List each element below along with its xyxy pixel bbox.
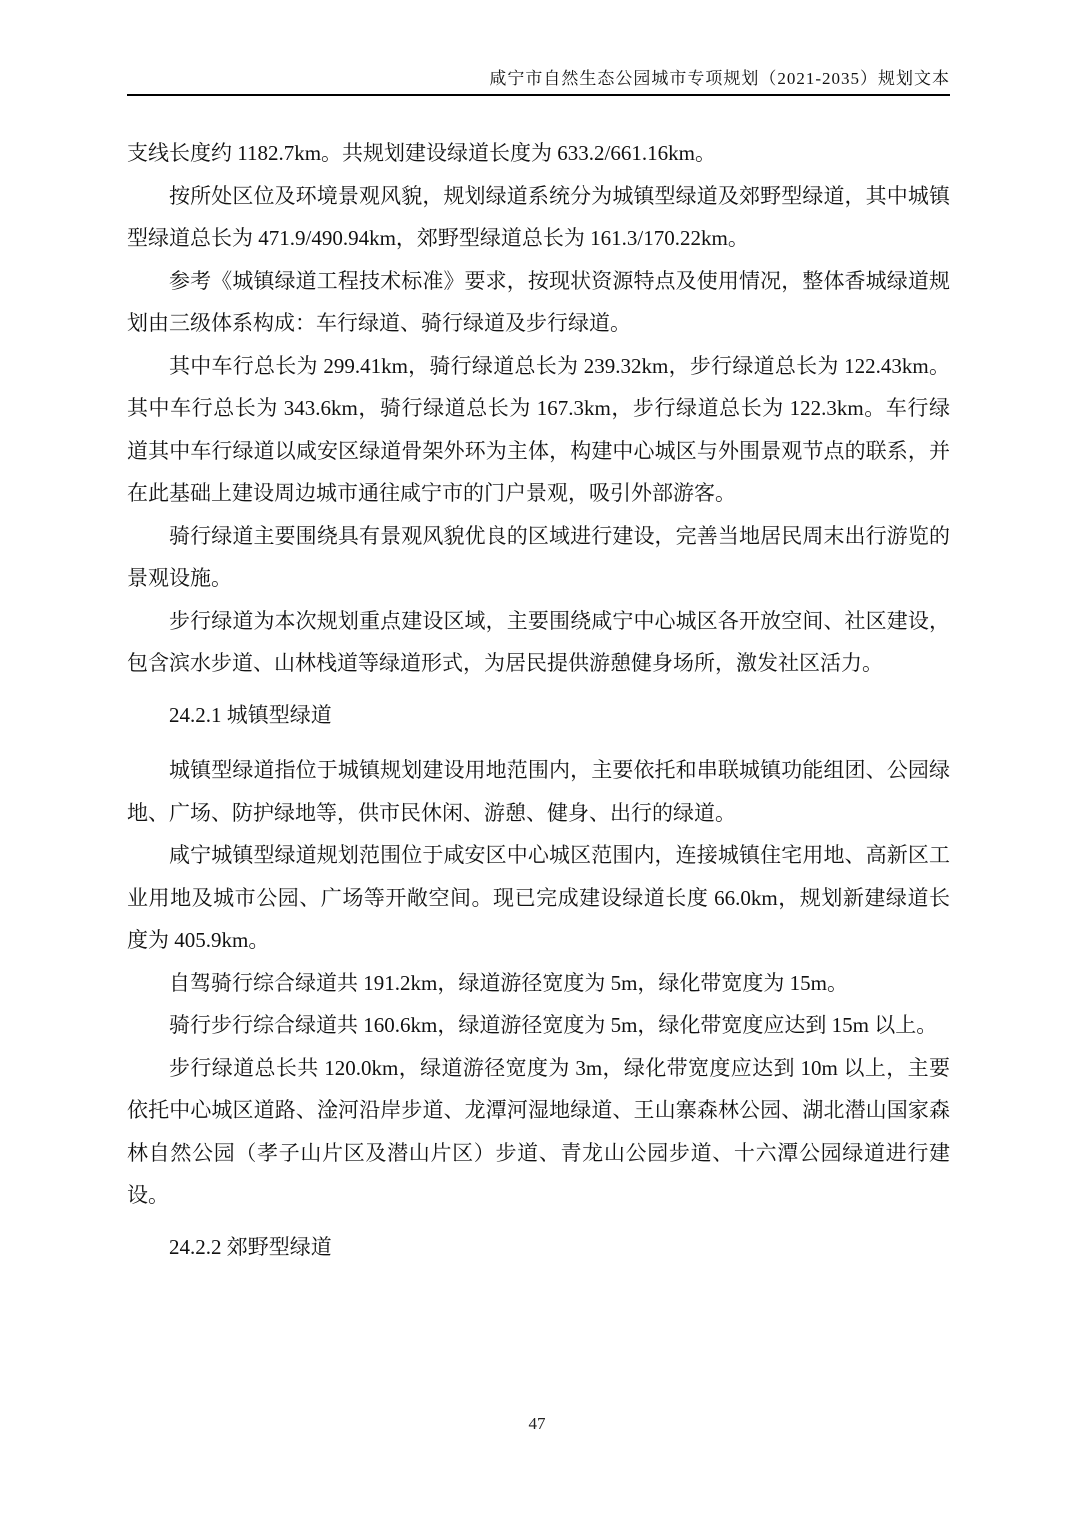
paragraph: 支线长度约 1182.7km。共规划建设绿道长度为 633.2/661.16km…: [127, 132, 950, 175]
paragraph: 步行绿道总长共 120.0km，绿道游径宽度为 3m，绿化带宽度应达到 10m …: [127, 1047, 950, 1217]
section-heading: 24.2.1 城镇型绿道: [127, 694, 950, 737]
header-title: 咸宁市自然生态公园城市专项规划（2021-2035）规划文本: [489, 64, 950, 89]
paragraph: 参考《城镇绿道工程技术标准》要求，按现状资源特点及使用情况，整体香城绿道规划由三…: [127, 260, 950, 345]
paragraph: 其中车行总长为 299.41km，骑行绿道总长为 239.32km，步行绿道总长…: [127, 345, 950, 515]
page-footer: 47: [0, 1414, 1074, 1434]
paragraph: 骑行步行综合绿道共 160.6km，绿道游径宽度为 5m，绿化带宽度应达到 15…: [127, 1004, 950, 1047]
document-page: 咸宁市自然生态公园城市专项规划（2021-2035）规划文本 支线长度约 118…: [0, 0, 1074, 1520]
page-header: 咸宁市自然生态公园城市专项规划（2021-2035）规划文本: [127, 0, 950, 96]
paragraph: 自驾骑行综合绿道共 191.2km，绿道游径宽度为 5m，绿化带宽度为 15m。: [127, 962, 950, 1005]
document-content: 支线长度约 1182.7km。共规划建设绿道长度为 633.2/661.16km…: [127, 98, 950, 1281]
paragraph: 城镇型绿道指位于城镇规划建设用地范围内，主要依托和串联城镇功能组团、公园绿地、广…: [127, 749, 950, 834]
paragraph: 步行绿道为本次规划重点建设区域，主要围绕咸宁中心城区各开放空间、社区建设，包含滨…: [127, 600, 950, 685]
section-heading: 24.2.2 郊野型绿道: [127, 1226, 950, 1269]
paragraph: 骑行绿道主要围绕具有景观风貌优良的区域进行建设，完善当地居民周末出行游览的景观设…: [127, 515, 950, 600]
page-number: 47: [529, 1414, 546, 1433]
paragraph: 按所处区位及环境景观风貌，规划绿道系统分为城镇型绿道及郊野型绿道，其中城镇型绿道…: [127, 175, 950, 260]
paragraph: 咸宁城镇型绿道规划范围位于咸安区中心城区范围内，连接城镇住宅用地、高新区工业用地…: [127, 834, 950, 962]
